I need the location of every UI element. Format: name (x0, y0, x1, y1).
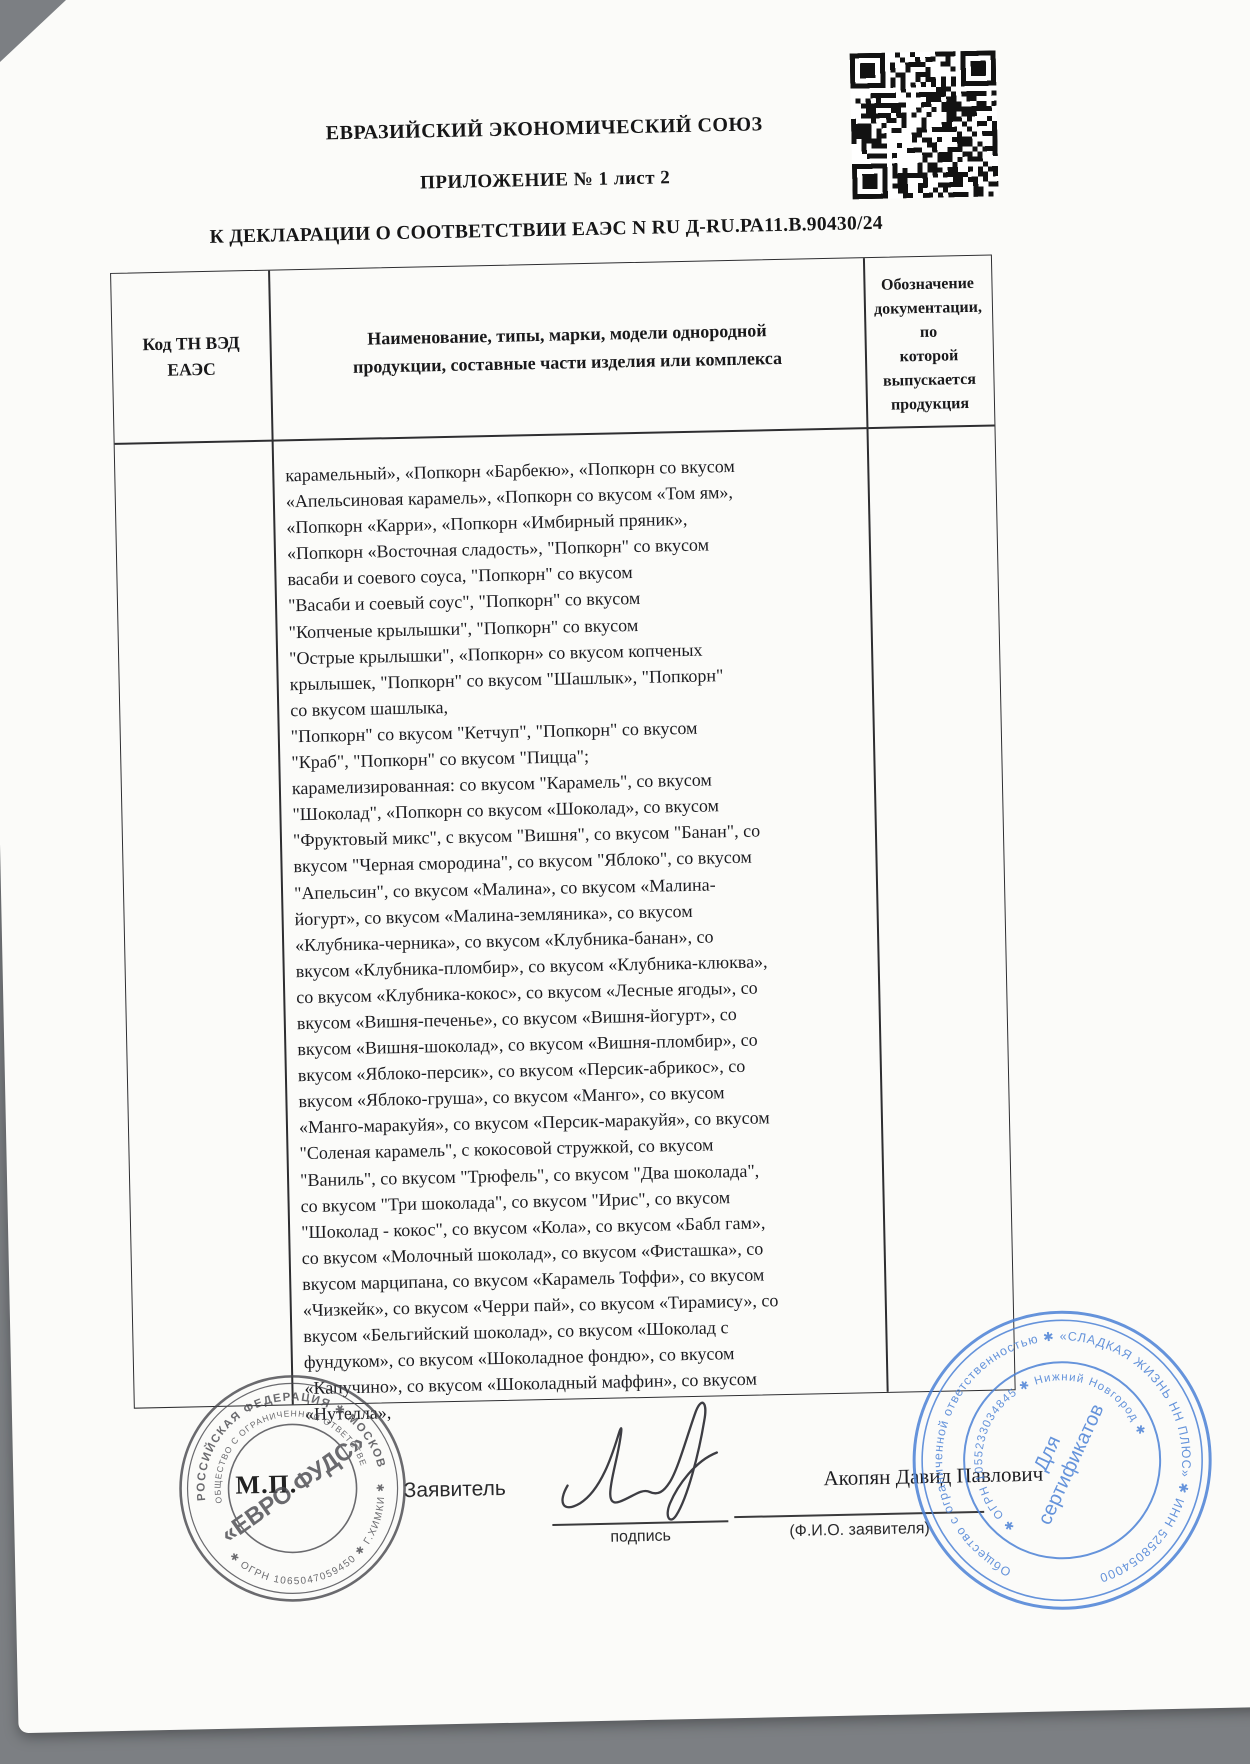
mp-label: М.П. (235, 1469, 297, 1500)
signature (550, 1398, 735, 1528)
applicant-name: Акопян Давид Павлович (823, 1462, 1043, 1492)
name-underline (734, 1511, 984, 1518)
header-docs-column: Обозначение документации, по которой вып… (863, 256, 995, 428)
applicant-label: Заявитель (403, 1477, 506, 1503)
scanned-page: ЕВРАЗИЙСКИЙ ЭКОНОМИЧЕСКИЙ СОЮЗ ПРИЛОЖЕНИ… (0, 0, 1250, 1733)
signature-caption: подпись (552, 1526, 728, 1548)
declaration-number: К ДЕКЛАРАЦИИ О СООТВЕТСТВИИ ЕАЭС N RU Д-… (1, 208, 1091, 253)
header-name-column: Наименование, типы, марки, модели одноро… (268, 258, 866, 439)
name-caption: (Ф.И.О. заявителя) (734, 1519, 984, 1542)
qr-code-icon (850, 50, 999, 199)
product-flavor-list: карамельный», «Попкорн «Барбекю», «Попко… (285, 450, 905, 1428)
header-code-column: Код ТН ВЭД ЕАЭС (111, 271, 272, 443)
signature-stroke (561, 1403, 719, 1522)
products-table: Код ТН ВЭД ЕАЭС Наименование, типы, марк… (110, 254, 1016, 1408)
stamp-center-line2: сертификатов (1034, 1401, 1109, 1529)
